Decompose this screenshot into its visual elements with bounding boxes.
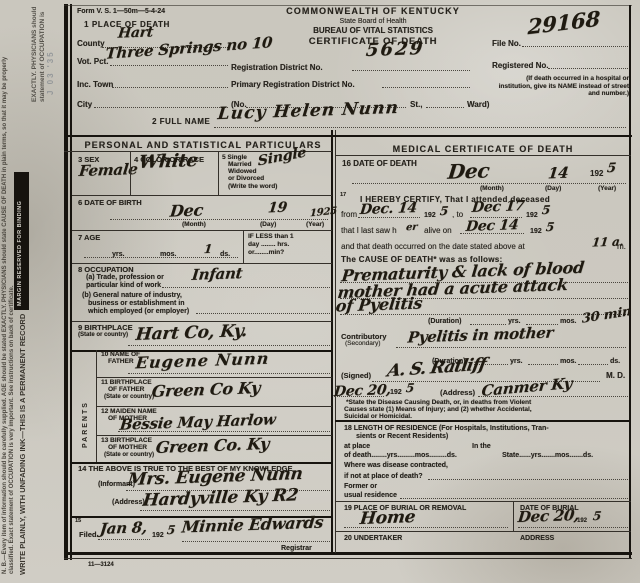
commonwealth-title: COMMONWEALTH OF KENTUCKY xyxy=(262,7,484,16)
year-caption: (Year) xyxy=(598,186,616,193)
dotted-line xyxy=(334,396,384,397)
death-certificate-scan: N. B.—Every item of information should b… xyxy=(0,0,640,583)
dotted-line xyxy=(118,431,330,432)
dotted-line xyxy=(128,345,330,346)
band-top-rule xyxy=(64,135,632,137)
dotted-line xyxy=(112,87,228,88)
age-label: 7 AGE xyxy=(78,234,100,242)
dotted-line xyxy=(98,539,150,540)
filed-label: Filed xyxy=(79,531,97,539)
ward-label: Ward) xyxy=(467,101,489,109)
place-of-burial-value: Home xyxy=(359,509,416,528)
form-left-border-inner xyxy=(70,4,72,560)
column-divider-outer xyxy=(331,130,333,553)
section-rule-heavy xyxy=(335,420,631,422)
band-bottom-rule-right xyxy=(335,155,631,156)
dotted-line xyxy=(352,183,626,184)
dotted-line xyxy=(460,233,524,234)
signed-year-prefix: 192 xyxy=(390,389,402,396)
undertaker-label: 20 UNDERTAKER xyxy=(344,535,402,542)
dotted-line xyxy=(358,217,420,218)
form-bottom-border xyxy=(64,552,632,555)
undertaker-address-label: ADDRESS xyxy=(520,535,554,542)
registration-district-label: Registration District No. xyxy=(231,64,323,72)
attended-to-value: Dec 17 xyxy=(471,199,525,215)
cell-divider xyxy=(130,151,131,195)
inc-town-label: Inc. Town xyxy=(77,81,113,89)
dotted-line xyxy=(382,87,470,88)
from-year-prefix: 192 xyxy=(424,212,436,219)
birth-day-value: 19 xyxy=(267,201,287,216)
birth-month-value: Dec xyxy=(169,202,204,219)
saw-year-digit: 5 xyxy=(545,221,554,233)
informant-address-label: (Address) xyxy=(112,499,145,506)
occupation-a-line2: particular kind of work xyxy=(86,282,161,289)
time-m-label: m. xyxy=(617,243,626,251)
duration2-days-label: ds. xyxy=(610,358,620,365)
mother-name-value: Bessie May Harlow xyxy=(119,412,276,432)
residence-in-the: In the xyxy=(472,443,491,450)
margin-write-plainly-note: WRITE PLAINLY, WITH UNFADING INK—THIS IS… xyxy=(18,275,27,575)
bureau-title: BUREAU OF VITAL STATISTICS xyxy=(262,27,484,35)
death-month-value: Dec xyxy=(447,160,491,181)
dotted-line xyxy=(214,127,626,128)
dotted-line xyxy=(162,287,330,288)
residence-at-place-2: of death........yrs.........mos.........… xyxy=(344,452,457,459)
if-less-line-3: or........min? xyxy=(248,250,284,257)
filed-year-prefix: 192 xyxy=(152,532,164,539)
board-of-health: State Board of Health xyxy=(262,18,484,25)
mother-birthplace-caption: (State or country) xyxy=(104,452,154,458)
where-contracted-2: if not at place of death? xyxy=(344,473,423,480)
row-rule xyxy=(96,377,332,378)
form-number: Form V. S. 1—50m—5-4-24 xyxy=(77,8,165,15)
cell-divider xyxy=(218,151,219,195)
row-rule xyxy=(72,230,332,231)
city-label: City xyxy=(77,101,92,109)
dotted-line xyxy=(110,219,328,220)
father-name-label-2: FATHER xyxy=(108,359,134,366)
dotted-line xyxy=(128,373,330,374)
binding-margin-label: MARGIN RESERVED FOR BINDING xyxy=(17,174,23,306)
month-caption: (Month) xyxy=(182,222,206,229)
day-caption: (Day) xyxy=(545,186,561,193)
dotted-line xyxy=(426,107,464,108)
dotted-line xyxy=(518,527,628,528)
dotted-line xyxy=(428,479,628,480)
received-stamp: J 03 '35 xyxy=(46,15,55,95)
attended-from-label: from xyxy=(341,211,357,219)
marital-write-word-note: (Write the word) xyxy=(228,184,277,191)
date-of-burial-value: Dec 20, xyxy=(517,508,580,525)
last-saw-date-value: Dec 14 xyxy=(465,218,519,234)
dotted-line xyxy=(578,364,608,365)
duration-value: 30 min xyxy=(582,305,632,326)
physician-signature: A. S. Ratliff xyxy=(386,357,487,381)
dotted-line xyxy=(396,347,626,348)
cell-divider xyxy=(513,501,514,531)
full-name-value: Lucy Helen Nunn xyxy=(217,100,400,123)
where-contracted-1: Where was disease contracted, xyxy=(344,462,448,469)
occupation-a-line1: (a) Trade, profession or xyxy=(86,274,164,281)
month-caption: (Month) xyxy=(480,186,504,193)
registrar-signature: Minnie Edwards xyxy=(181,515,324,536)
county-value: Hart xyxy=(117,25,154,40)
medical-section-title: MEDICAL CERTIFICATE OF DEATH xyxy=(338,145,628,154)
dotted-line xyxy=(182,541,330,542)
death-occurred-label: and that death occurred on the date stat… xyxy=(341,243,525,251)
duration-months-label: mos. xyxy=(560,318,576,325)
age-days-value: 1 xyxy=(203,243,212,255)
death-year-prefix: 192 xyxy=(590,170,603,178)
former-residence-2: usual residence xyxy=(344,492,397,499)
if-less-line-2: day ........ hrs. xyxy=(248,242,289,249)
dotted-line xyxy=(344,527,508,528)
form-left-border-outer xyxy=(64,4,68,560)
father-birthplace-label-2: OF FATHER xyxy=(108,387,144,394)
dotted-line xyxy=(110,65,228,66)
last-saw-insert: er xyxy=(405,223,417,233)
duration2-years-label: yrs. xyxy=(510,358,522,365)
dotted-line xyxy=(94,107,228,108)
duration-label: (Duration) xyxy=(428,318,461,325)
burial-year-digit: 5 xyxy=(592,510,601,522)
margin-fragment-2: statement of OCCUPATION is xyxy=(39,6,46,102)
physician-address-label: (Address) xyxy=(440,389,475,397)
birthplace-value: Hart Co, Ky. xyxy=(135,323,248,344)
former-residence-1: Former or xyxy=(344,483,377,490)
occupation-b-line1: (b) General nature of industry, xyxy=(82,292,182,299)
print-code: 11—3124 xyxy=(88,562,114,568)
birthplace-label: 9 BIRTHPLACE xyxy=(78,324,133,332)
full-name-label: 2 FULL NAME xyxy=(152,118,210,126)
street-label: St., xyxy=(410,101,422,109)
mother-birthplace-value: Green Co. Ky xyxy=(155,436,270,456)
county-label: County xyxy=(77,40,105,48)
registrar-label: Registrar xyxy=(281,545,312,552)
signed-label: (Signed) xyxy=(341,372,371,380)
form-right-border xyxy=(629,5,631,558)
row-rule xyxy=(96,406,332,407)
date-of-birth-label: 6 DATE OF BIRTH xyxy=(78,199,142,207)
primary-registration-label: Primary Registration District No. xyxy=(231,81,355,89)
file-number-label: File No. xyxy=(492,40,521,48)
informant-address-value: Hardyville Ky R2 xyxy=(142,487,299,509)
if-less-line-1: IF LESS than 1 xyxy=(248,234,294,241)
father-birthplace-value: Green Co Ky xyxy=(151,380,261,400)
age-months-label: mos. xyxy=(160,251,176,258)
certify-item-number: 17 xyxy=(340,193,346,199)
margin-fragment-1: EXACTLY. PHYSICIANS should xyxy=(31,6,38,102)
age-years-label: yrs. xyxy=(112,251,124,258)
cause-line-3: of Pyelitis xyxy=(335,296,423,315)
alive-on-label: alive on xyxy=(424,227,452,235)
attended-to-label: , to xyxy=(452,211,463,219)
parents-side-label: PARENTS xyxy=(82,362,89,448)
residence-in-state: State......yrs.......mos.......ds. xyxy=(502,452,593,459)
age-days-label: ds. xyxy=(220,251,230,258)
father-birthplace-caption: (State or country) xyxy=(104,394,154,400)
to-year-prefix: 192 xyxy=(526,212,538,219)
column-divider-inner xyxy=(335,130,336,553)
burial-year-prefix: 192 xyxy=(577,518,587,524)
dotted-line xyxy=(478,396,628,397)
dotted-line xyxy=(522,46,628,47)
row-rule xyxy=(72,195,332,196)
year-caption: (Year) xyxy=(306,222,324,229)
contributory-value: Pyelitis in mother xyxy=(407,325,554,345)
occupation-value: Infant xyxy=(191,266,243,283)
dotted-line xyxy=(548,68,628,69)
race-value: White xyxy=(138,152,199,172)
binding-margin-bar: MARGIN RESERVED FOR BINDING xyxy=(14,172,29,310)
filed-item-number: 15 xyxy=(75,519,81,525)
registration-district-value: 5629 xyxy=(365,40,425,60)
birthplace-caption: (State or country) xyxy=(78,332,128,338)
dotted-line xyxy=(528,364,558,365)
md-label: M. D. xyxy=(606,372,625,380)
residence-at-place-1: at place xyxy=(344,443,370,450)
dotted-line xyxy=(400,498,628,499)
form-bottom-rule xyxy=(64,558,632,559)
dotted-line xyxy=(352,70,470,71)
row-rule xyxy=(335,501,631,502)
residence-label-2: sients or Recent Residents) xyxy=(356,433,448,440)
day-caption: (Day) xyxy=(260,222,276,229)
signed-year-digit: 5 xyxy=(405,382,414,394)
file-number-value: 29168 xyxy=(527,8,600,38)
dotted-line xyxy=(140,510,330,511)
registered-number-label: Registered No. xyxy=(492,62,548,70)
date-of-death-label: 16 DATE OF DEATH xyxy=(342,160,417,168)
row-rule xyxy=(72,263,332,264)
attended-from-value: Dec. 14 xyxy=(359,201,417,217)
mother-birthplace-label-2: OF MOTHER xyxy=(108,445,147,452)
dotted-line xyxy=(196,313,330,314)
filed-date-value: Jan 8, xyxy=(99,520,148,537)
last-saw-label: that I last saw h xyxy=(341,227,397,235)
birth-year-value: 1925 xyxy=(310,207,337,220)
duration2-months-label: mos. xyxy=(560,358,576,365)
filed-year-digit: 5 xyxy=(166,524,175,536)
voting-precinct-label: Vot. Pct. xyxy=(77,58,108,66)
row-rule xyxy=(335,531,631,532)
to-year-digit: 5 xyxy=(541,204,550,216)
occupation-b-line2: business or establishment in xyxy=(88,300,184,307)
hospital-note: (If death occurred in a hospital or inst… xyxy=(497,75,629,98)
secondary-label: (Secondary) xyxy=(345,341,380,348)
death-day-value: 14 xyxy=(547,166,569,182)
from-year-digit: 5 xyxy=(439,205,448,217)
death-year-digit: 5 xyxy=(606,162,616,175)
occupation-label: 8 OCCUPATION xyxy=(78,266,134,274)
marital-option-divorced: or Divorced xyxy=(228,176,264,183)
saw-year-prefix: 192 xyxy=(530,228,542,235)
occupation-b-line3: which employed (or employer) xyxy=(88,308,189,315)
father-name-value: Eugene Nunn xyxy=(135,351,270,372)
cell-divider xyxy=(243,230,244,263)
residence-label-1: 18 LENGTH OF RESIDENCE (For Hospitals, I… xyxy=(344,425,549,432)
